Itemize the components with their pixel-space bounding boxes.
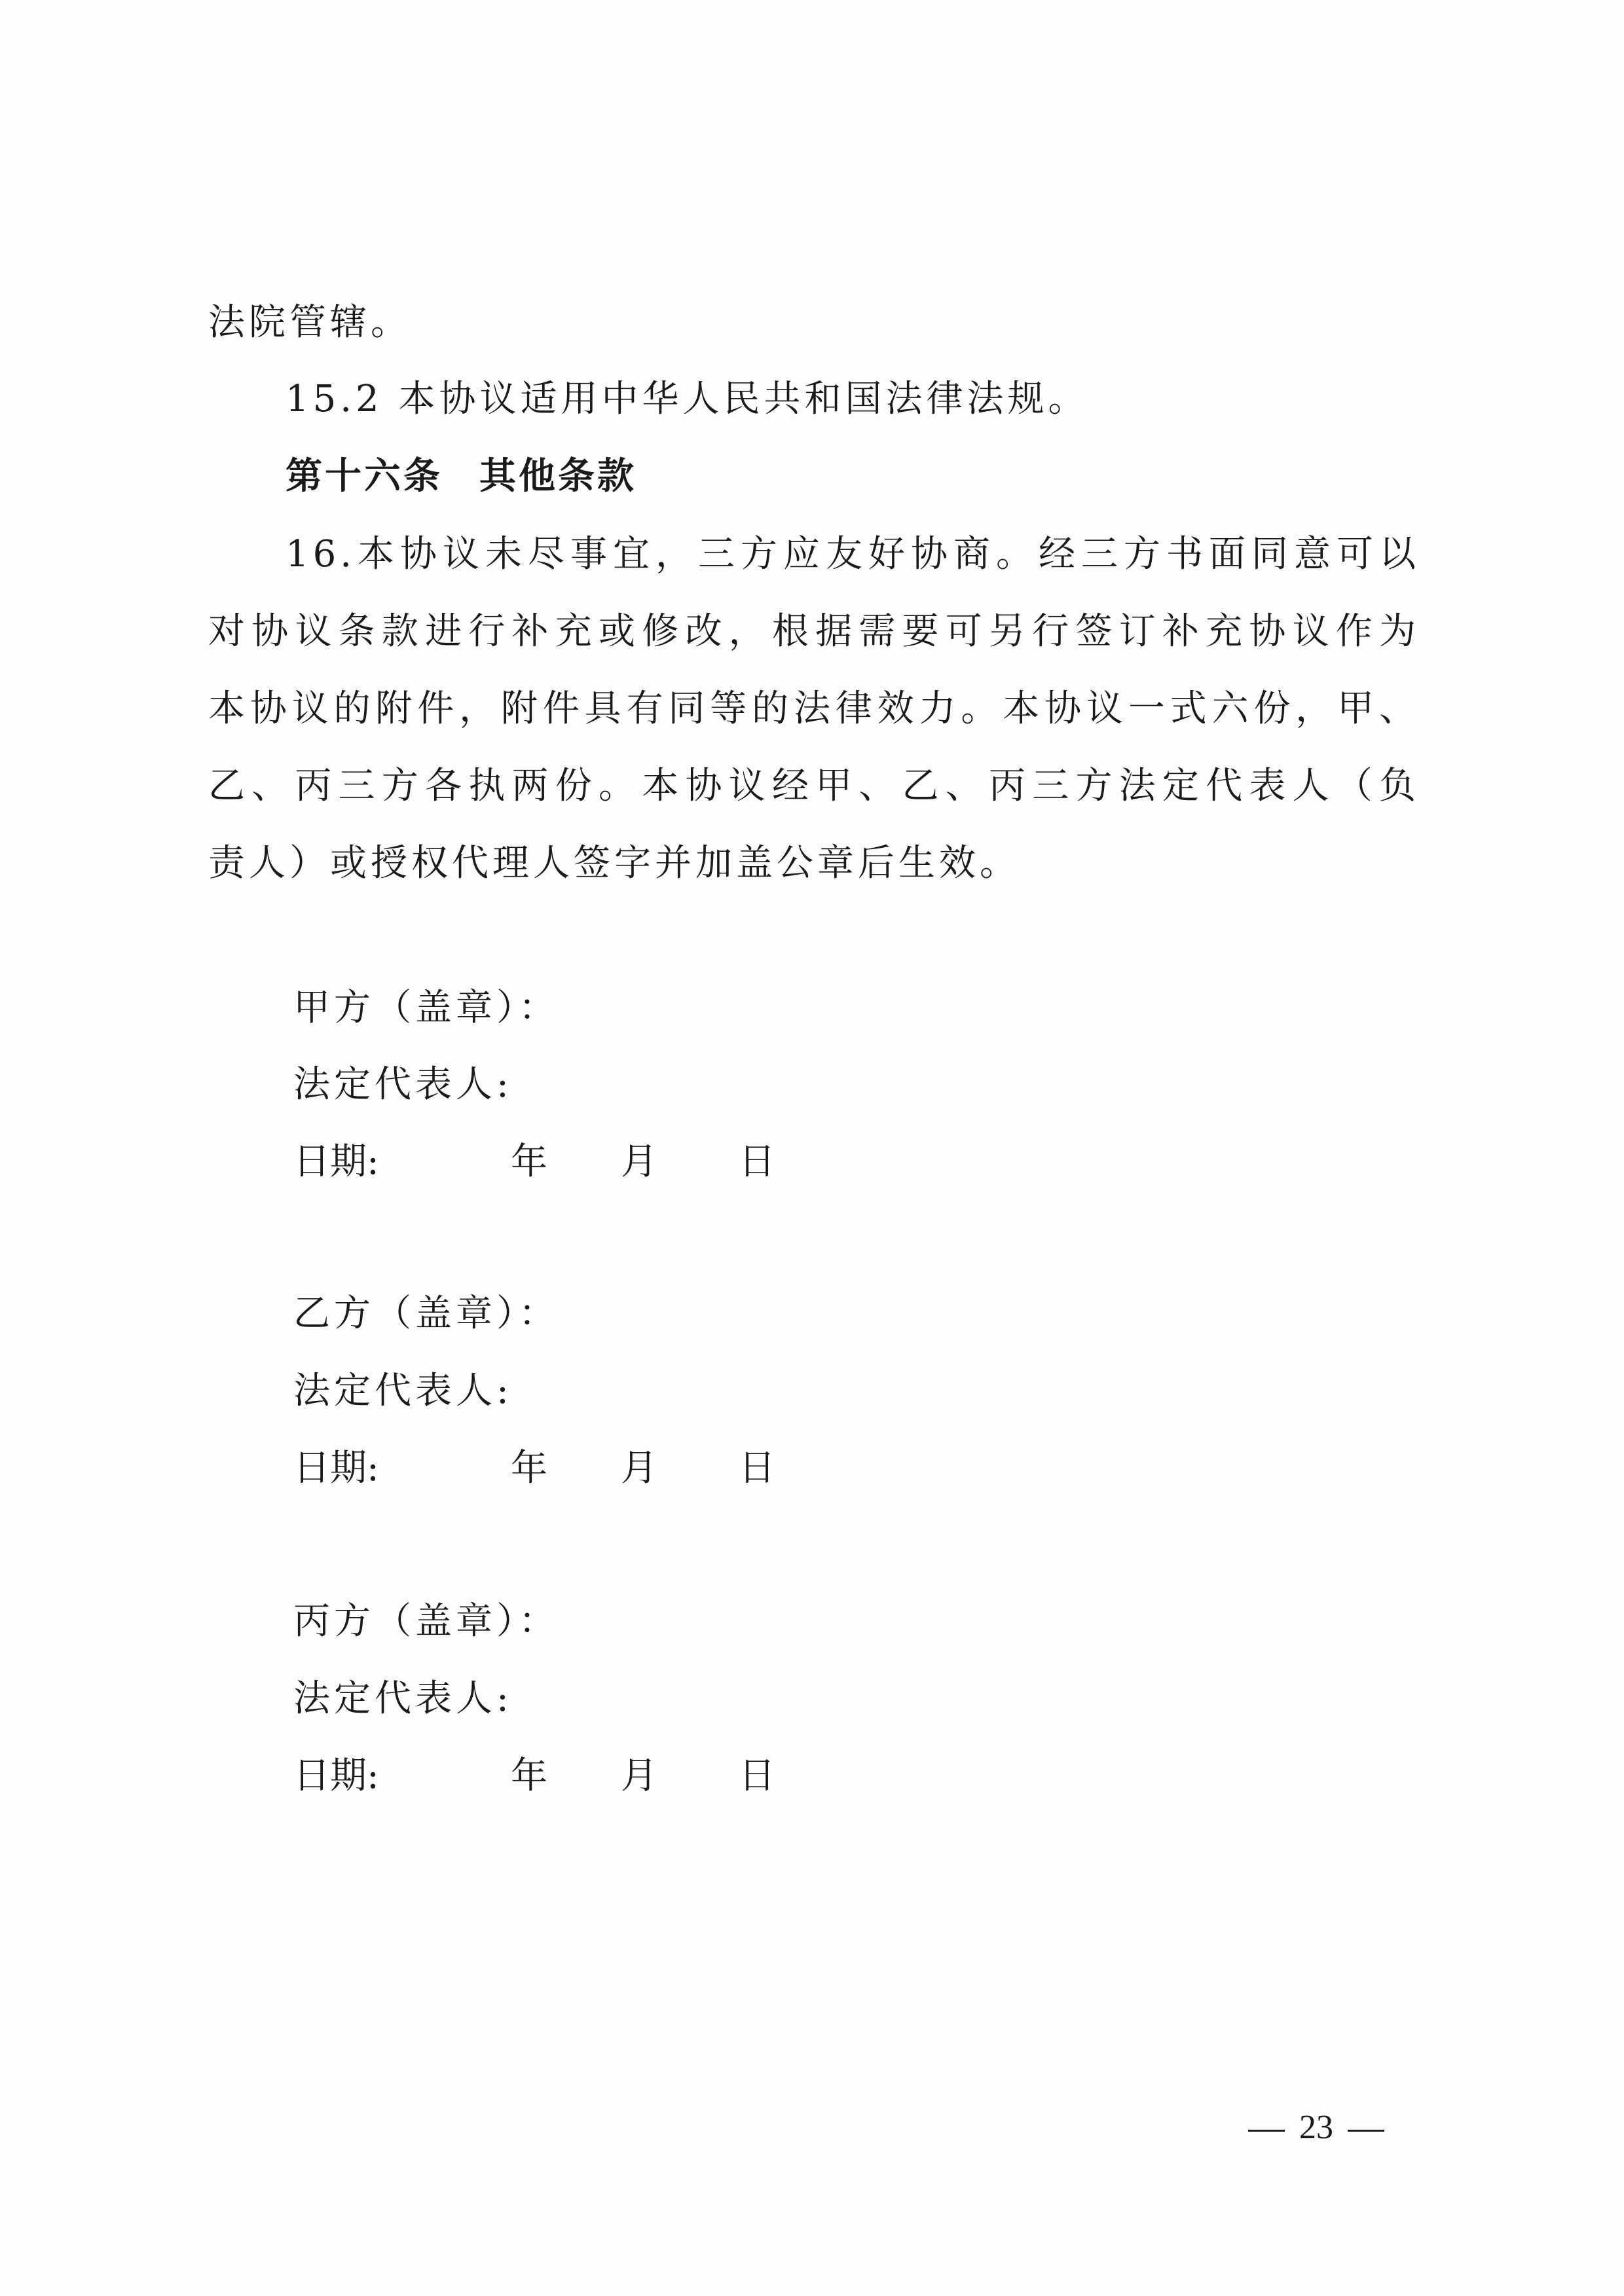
month-label: 月 — [621, 1446, 657, 1491]
date-label: 日期: — [293, 1446, 379, 1491]
carryover-line: 法院管辖。 — [208, 300, 1420, 346]
date-row: 日期: 年 月 日 — [293, 1139, 948, 1185]
page-number-value: 23 — [1299, 2109, 1333, 2146]
page-number-dash-left — [1248, 2130, 1285, 2132]
representative-label: 法定代表人: — [293, 1676, 513, 1722]
year-label: 年 — [511, 1753, 547, 1799]
party-seal-label: 甲方（盖章）： — [293, 985, 559, 1031]
article-number: 第十六条 — [286, 455, 443, 498]
page-number: 23 — [1231, 2105, 1401, 2151]
document-page: 法院管辖。 15.2 本协议适用中华人民共和国法律法规。 第十六条其他条款 16… — [0, 0, 1624, 2296]
paragraph-line: 责人）或授权代理人签字并加盖公章后生效。 — [208, 841, 1420, 886]
date-label: 日期: — [293, 1753, 379, 1799]
month-label: 月 — [621, 1753, 657, 1799]
paragraph-line: 本协议的附件，附件具有同等的法律效力。本协议一式六份，甲、 — [208, 686, 1420, 732]
day-label: 日 — [739, 1139, 775, 1185]
year-label: 年 — [511, 1139, 547, 1185]
representative-label: 法定代表人: — [293, 1062, 513, 1108]
year-label: 年 — [511, 1446, 547, 1491]
day-label: 日 — [739, 1446, 775, 1491]
clause-15-2: 15.2 本协议适用中华人民共和国法律法规。 — [286, 376, 1089, 422]
page-number-dash-right — [1348, 2130, 1384, 2132]
paragraph-line: 乙、丙三方各执两份。本协议经甲、乙、丙三方法定代表人（负 — [208, 763, 1420, 809]
article-title: 其他条款 — [479, 455, 637, 498]
paragraph-line: 对协议条款进行补充或修改，根据需要可另行签订补充协议作为 — [208, 609, 1420, 655]
article-16-heading: 第十六条其他条款 — [286, 454, 637, 500]
party-seal-label: 丙方（盖章）： — [293, 1599, 559, 1645]
party-seal-label: 乙方（盖章）： — [293, 1291, 559, 1337]
representative-label: 法定代表人: — [293, 1368, 513, 1414]
month-label: 月 — [621, 1139, 657, 1185]
paragraph-line: 16.本协议未尽事宜，三方应友好协商。经三方书面同意可以 — [286, 532, 1420, 577]
date-row: 日期: 年 月 日 — [293, 1446, 948, 1491]
date-label: 日期: — [293, 1139, 379, 1185]
day-label: 日 — [739, 1753, 775, 1799]
date-row: 日期: 年 月 日 — [293, 1753, 948, 1799]
